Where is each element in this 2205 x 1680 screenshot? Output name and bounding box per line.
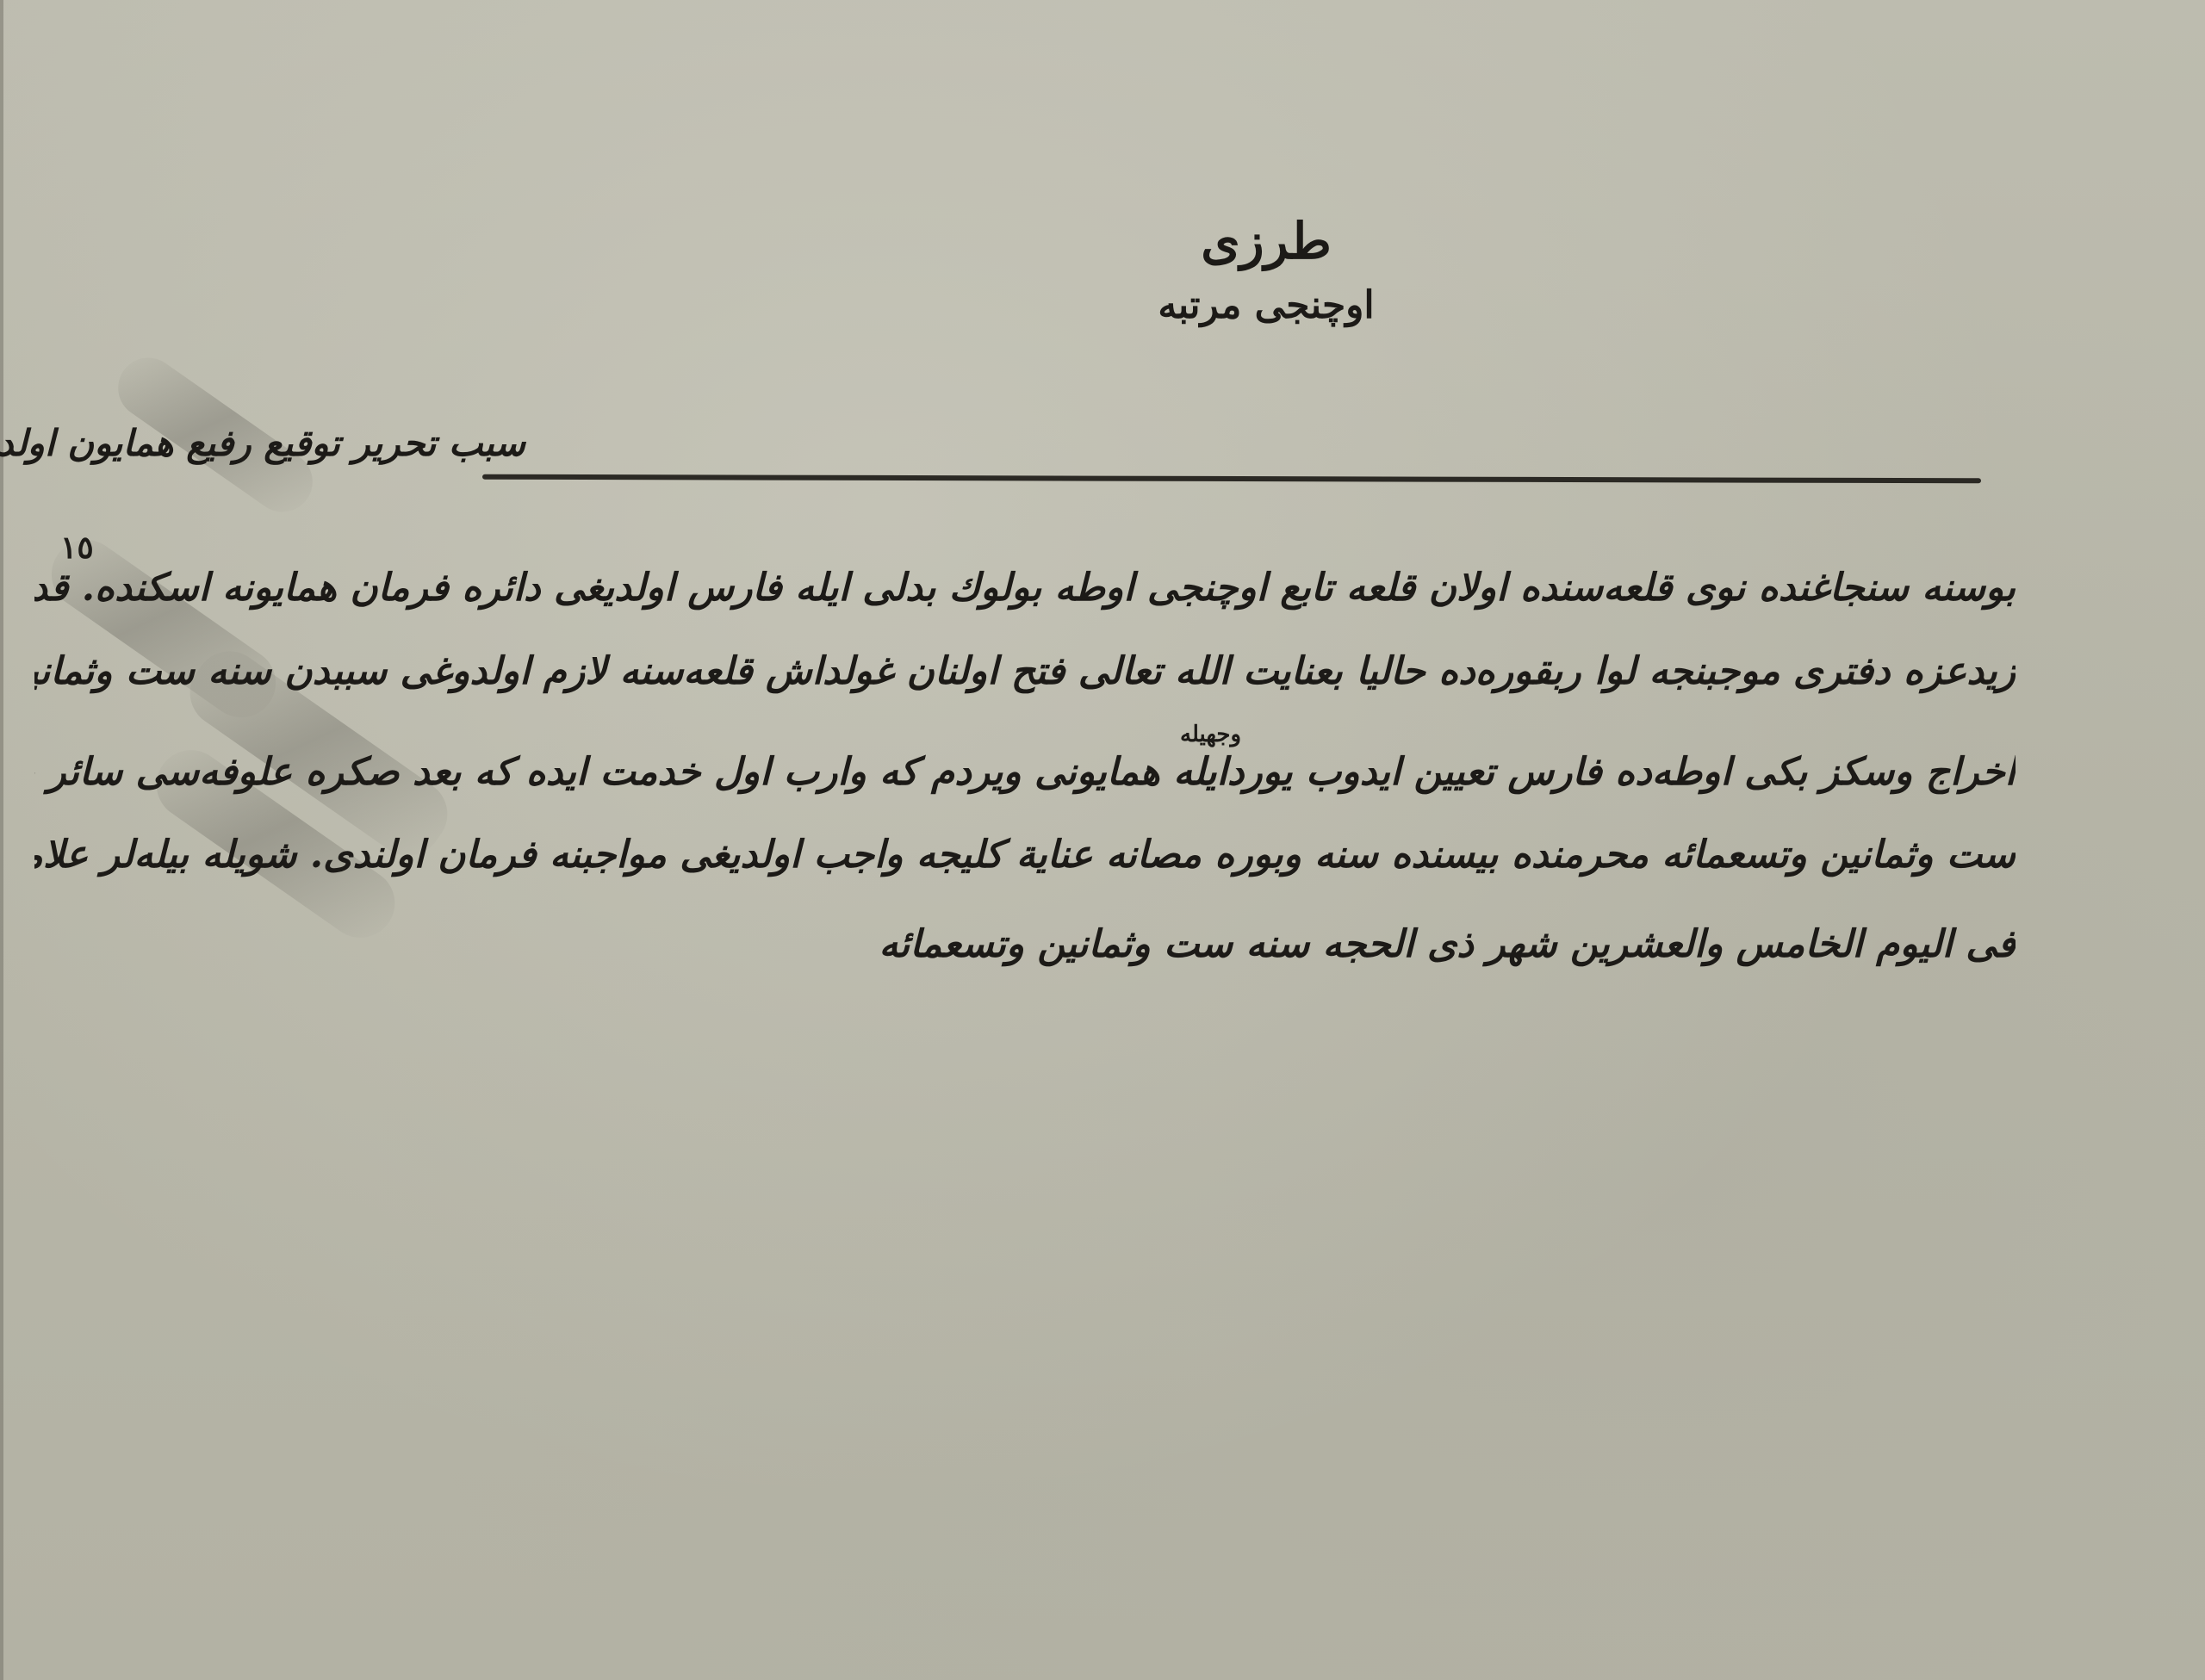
document-title: طرزی <box>1137 207 1395 276</box>
body-line-2: زیدعزه دفتری موجبنجه لوا ربقوره‌ده حالیا… <box>34 642 2016 702</box>
body-line-1: بوسنه سنجاغنده نوی قلعه‌سنده اولان قلعه … <box>34 558 2016 618</box>
date-line: فی الیوم الخامس والعشرین شهر ذی الحجه سن… <box>319 914 2016 975</box>
margin-heading: سبب تحریر توقیع رفیع همایون اولدر که <box>43 422 525 464</box>
body-line-4: ست وثمانین وتسعمائه محرمنده بیسنده سنه و… <box>34 825 2016 885</box>
document-header: طرزی اوچنجی مرتبه <box>1137 207 1395 336</box>
document-page: طرزی اوچنجی مرتبه سبب تحریر توقیع رفیع ه… <box>0 0 2205 1680</box>
document-subtitle: اوچنجی مرتبه <box>1137 276 1395 336</box>
horizontal-rule <box>482 474 1981 484</box>
body-line-3: اخراج وسکز بکی اوطه‌ده فارس تعیین ایدوب … <box>34 742 2016 803</box>
page-edge <box>0 0 3 1680</box>
